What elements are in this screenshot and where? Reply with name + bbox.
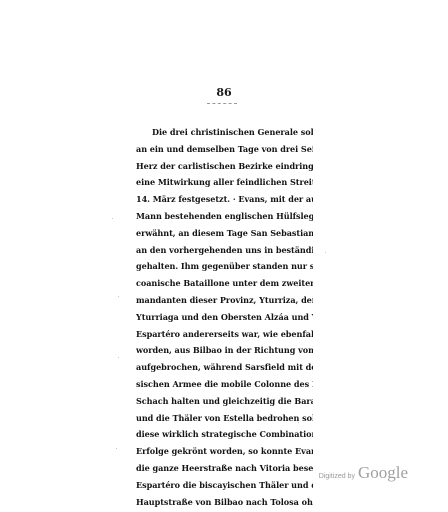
text-line: und die Thäler von Estella bedrohen soll… bbox=[136, 410, 313, 427]
text-line: an den vorhergehenden uns in beständigem… bbox=[136, 242, 313, 259]
text-line: worden, aus Bilbao in der Richtung von D… bbox=[136, 342, 313, 359]
text-line: Erfolge gekrönt worden, so konnte Evans … bbox=[136, 443, 313, 460]
book-page: 86 Die drei christinischen Generale soll… bbox=[0, 0, 448, 512]
text-line: Schach halten und gleichzeitig die Baran… bbox=[136, 393, 313, 410]
text-line: die ganze Heerstraße nach Vitoria besetz… bbox=[136, 460, 313, 477]
text-line: gehalten. Ihm gegenüber standen nur sech… bbox=[136, 258, 313, 275]
text-line: aufgebrochen, während Sarsfield mit der … bbox=[136, 359, 313, 376]
page-number: 86 bbox=[0, 86, 448, 99]
text-line: Espartéro andererseits war, wie ebenfall… bbox=[136, 326, 313, 343]
text-line: Die drei christinischen Generale sollten… bbox=[136, 124, 313, 141]
text-line: 14. März festgesetzt. · Evans, mit der a… bbox=[136, 191, 313, 208]
body-text: Die drei christinischen Generale sollten… bbox=[136, 124, 313, 510]
text-line: coanische Bataillone unter dem zweiten G… bbox=[136, 275, 313, 292]
text-line: erwähnt, an diesem Tage San Sebastian, n… bbox=[136, 225, 313, 242]
text-line: an ein und demselben Tage von drei Seite… bbox=[136, 141, 313, 158]
scan-speck bbox=[325, 252, 326, 253]
text-line: mandanten dieser Provinz, Yturriza, dem … bbox=[136, 292, 313, 309]
google-logo: Google bbox=[358, 463, 408, 483]
scan-speck bbox=[116, 448, 117, 449]
text-line: Mann bestehenden englischen Hülfslegion,… bbox=[136, 208, 313, 225]
digitized-by-google-watermark: Digitized by Google bbox=[319, 463, 408, 483]
digitized-label: Digitized by bbox=[319, 473, 355, 480]
scan-speck bbox=[118, 296, 119, 297]
text-line: eine Mitwirkung aller feindlichen Streit… bbox=[136, 174, 313, 191]
text-line: diese wirklich strategische Combination … bbox=[136, 426, 313, 443]
text-line: Yturriaga und den Obersten Alzáa und Ytu… bbox=[136, 309, 313, 326]
text-line: Hauptstraße von Bilbao nach Tolosa ohne … bbox=[136, 494, 313, 511]
header-rule bbox=[207, 103, 237, 104]
text-line: sischen Armee die mobile Colonne des Inf… bbox=[136, 376, 313, 393]
scan-speck bbox=[118, 357, 119, 358]
text-line: Herz der carlistischen Bezirke eindringe… bbox=[136, 158, 313, 175]
scan-speck bbox=[298, 422, 299, 423]
text-line: Espartéro die biscayischen Thäler und du… bbox=[136, 477, 313, 494]
scan-speck bbox=[112, 218, 113, 219]
